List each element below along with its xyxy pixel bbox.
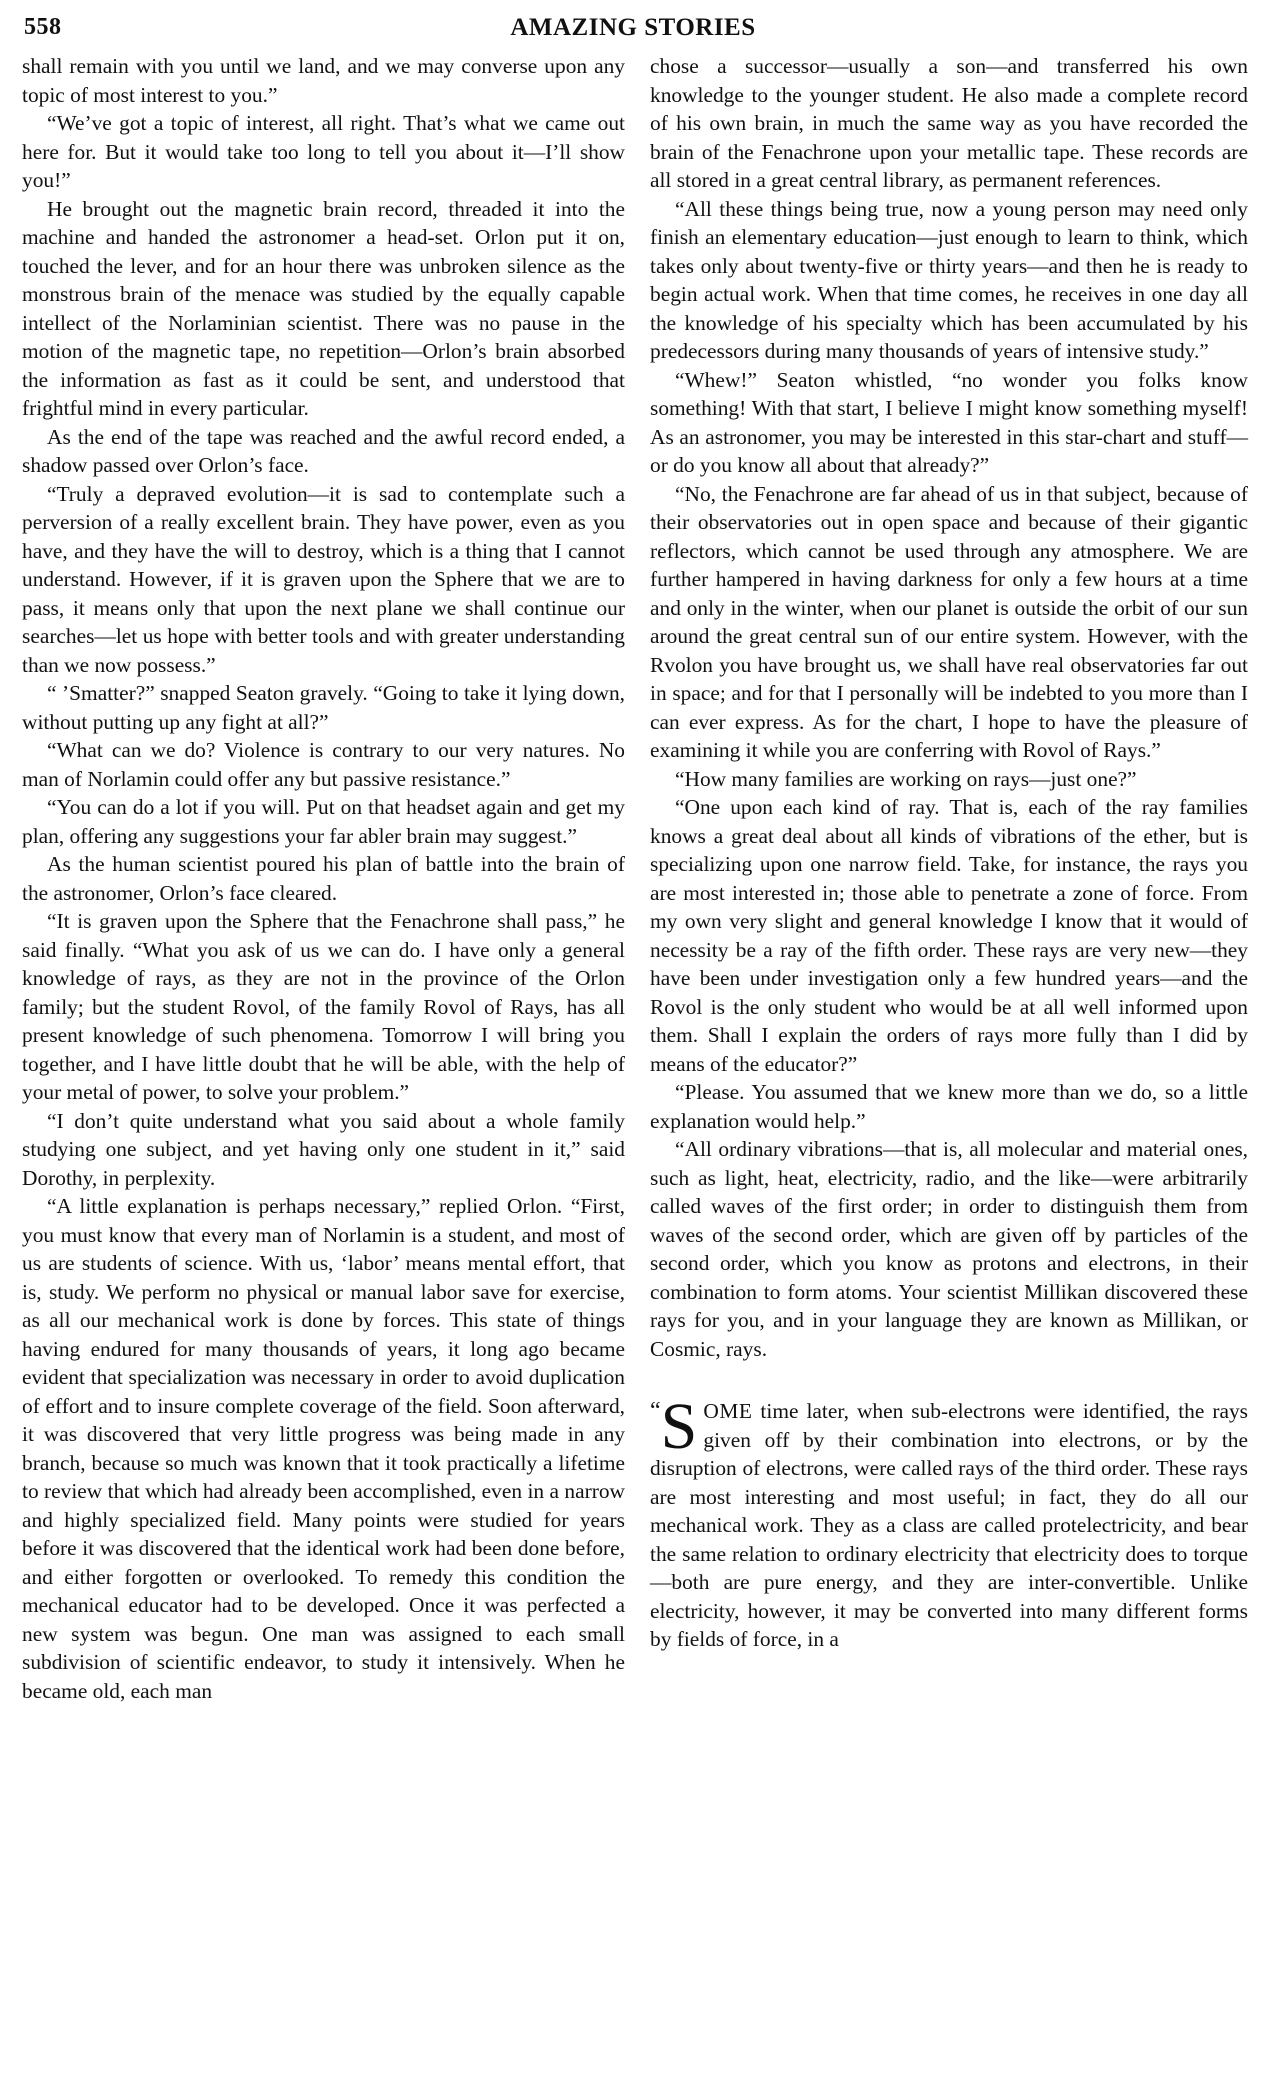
paragraph: “I don’t quite understand what you said … [22, 1107, 625, 1193]
left-column: shall remain with you until we land, and… [22, 52, 625, 1705]
paragraph: He brought out the magnetic brain record… [22, 195, 625, 423]
drop-cap-letter: S [661, 1401, 698, 1453]
right-column: chose a successor—usually a son—and tran… [650, 52, 1248, 1654]
paragraph: “A little explanation is perhaps necessa… [22, 1192, 625, 1705]
paragraph: “How many families are working on rays—j… [650, 765, 1248, 794]
page-header: 558 AMAZING STORIES [22, 14, 1244, 50]
paragraph: “One upon each kind of ray. That is, eac… [650, 793, 1248, 1078]
paragraph: “Whew!” Seaton whistled, “no wonder you … [650, 366, 1248, 480]
paragraph: “All ordinary vibrations—that is, all mo… [650, 1135, 1248, 1363]
open-quote-mark: “ [650, 1397, 661, 1425]
section-opening-paragraph: “ S OME time later, when sub-electrons w… [650, 1397, 1248, 1654]
paragraph: As the end of the tape was reached and t… [22, 423, 625, 480]
paragraph: “What can we do? Violence is contrary to… [22, 736, 625, 793]
section-break [650, 1363, 1248, 1397]
paragraph: As the human scientist poured his plan o… [22, 850, 625, 907]
paragraph: chose a successor—usually a son—and tran… [650, 52, 1248, 195]
paragraph: “We’ve got a topic of interest, all righ… [22, 109, 625, 195]
lead-small-caps: OME [703, 1399, 752, 1423]
paragraph: “ ’Smatter?” snapped Seaton gravely. “Go… [22, 679, 625, 736]
paragraph: shall remain with you until we land, and… [22, 52, 625, 109]
paragraph: “Please. You assumed that we knew more t… [650, 1078, 1248, 1135]
paragraph: “You can do a lot if you will. Put on th… [22, 793, 625, 850]
paragraph: “All these things being true, now a youn… [650, 195, 1248, 366]
paragraph: “Truly a depraved evolution—it is sad to… [22, 480, 625, 680]
paragraph: “It is graven upon the Sphere that the F… [22, 907, 625, 1107]
paragraph: “No, the Fenachrone are far ahead of us … [650, 480, 1248, 765]
running-title: AMAZING STORIES [22, 14, 1244, 42]
section-body-text: time later, when sub-electrons were iden… [650, 1399, 1248, 1651]
